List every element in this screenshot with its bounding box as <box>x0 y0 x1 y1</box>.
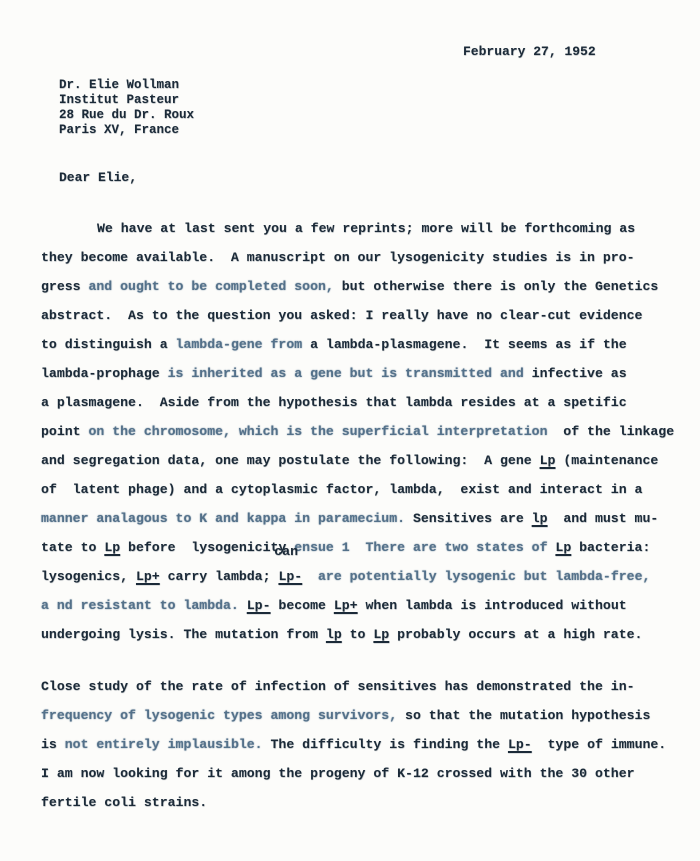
text-segment: not entirely implausible. <box>65 737 263 752</box>
text-segment: abstract. As to the question you asked: … <box>41 308 642 323</box>
text-segment: so that the mutation hypothesis <box>397 708 650 723</box>
letter-date: February 27, 1952 <box>463 44 596 59</box>
text-segment: but otherwise there is only the Genetics <box>334 279 658 294</box>
underlined-term: Lp- <box>508 737 532 752</box>
text-segment: type of immune. <box>532 737 667 752</box>
body-line: undergoing lysis. The mutation from lp t… <box>41 620 671 649</box>
body-line: lysogenics, Lp+ carry lambda; Lp- are po… <box>41 562 671 591</box>
letter-body: We have at last sent you a few reprints;… <box>41 214 671 817</box>
recipient-city: Paris XV, France <box>59 123 194 138</box>
underlined-term: Lp+ <box>334 598 358 613</box>
text-segment: become <box>271 598 334 613</box>
text-segment: carry lambda; <box>160 569 279 584</box>
body-line: manner analagous to K and kappa in param… <box>41 504 671 533</box>
text-segment: ensue 1 There are two states of <box>294 540 555 555</box>
text-segment: and must mu- <box>548 511 659 526</box>
underlined-term: Lp <box>555 540 571 555</box>
body-line: fertile coli strains. <box>41 788 671 817</box>
text-segment: (maintenance <box>555 453 658 468</box>
recipient-street: 28 Rue du Dr. Roux <box>59 108 194 123</box>
text-segment: bacteria: <box>571 540 650 555</box>
text-segment: a nd resistant to lambda. <box>41 598 247 613</box>
body-line: I am now looking for it among the progen… <box>41 759 671 788</box>
underlined-term: Lp <box>540 453 556 468</box>
body-line: is not entirely implausible. The difficu… <box>41 730 671 759</box>
body-line: gress and ought to be completed soon, bu… <box>41 272 671 301</box>
text-segment: manner analagous to K and kappa in param… <box>41 511 405 526</box>
text-segment: lambda-gene from <box>176 337 303 352</box>
body-line: they become available. A manuscript on o… <box>41 243 671 272</box>
text-segment: a lambda-plasmagene. It seems as if the <box>302 337 626 352</box>
text-segment: We have at last sent you a few reprints;… <box>97 221 635 236</box>
text-segment: gress <box>41 279 88 294</box>
text-segment: they become available. A manuscript on o… <box>41 250 635 265</box>
text-segment: when lambda is introduced without <box>358 598 627 613</box>
text-segment: and ought to be completed soon, <box>88 279 333 294</box>
text-segment: is inherited as a gene but is transmitte… <box>168 366 524 381</box>
text-segment: probably occurs at a high rate. <box>389 627 642 642</box>
text-segment: I am now looking for it among the progen… <box>41 766 635 781</box>
recipient-institution: Institut Pasteur <box>59 93 194 108</box>
body-line: lambda-prophage is inherited as a gene b… <box>41 359 671 388</box>
text-segment: lambda-prophage <box>41 366 168 381</box>
underlined-term: Lp- <box>247 598 271 613</box>
text-segment: a plasmagene. Aside from the hypothesis … <box>41 395 627 410</box>
text-segment: Sensitives are <box>405 511 532 526</box>
body-line: to distinguish a lambda-gene from a lamb… <box>41 330 671 359</box>
text-segment: of latent phage) and a cytoplasmic facto… <box>41 482 642 497</box>
text-segment: to distinguish a <box>41 337 176 352</box>
body-line: frequency of lysogenic types among survi… <box>41 701 671 730</box>
underlined-term: Lp- <box>278 569 302 584</box>
text-segment: on the chromosome, which is the superfic… <box>88 424 547 439</box>
body-line: of latent phage) and a cytoplasmic facto… <box>41 475 671 504</box>
text-segment: The difficulty is finding the <box>263 737 508 752</box>
text-segment: point <box>41 424 88 439</box>
underlined-term: lp <box>532 511 548 526</box>
text-segment: undergoing lysis. The mutation from <box>41 627 326 642</box>
text-segment: infective as <box>524 366 627 381</box>
underlined-term: Lp+ <box>136 569 160 584</box>
text-segment: before lysogenicity <box>120 540 294 555</box>
body-line: Close study of the rate of infection of … <box>41 672 671 701</box>
recipient-address: Dr. Elie Wollman Institut Pasteur 28 Rue… <box>59 78 194 138</box>
text-segment: lysogenics, <box>41 569 136 584</box>
text-segment: of the linkage <box>547 424 674 439</box>
body-line: abstract. As to the question you asked: … <box>41 301 671 330</box>
text-segment: are potentially lysogenic but lambda-fre… <box>302 569 650 584</box>
underlined-term: Lp <box>104 540 120 555</box>
body-line: a nd resistant to lambda. Lp- become Lp+… <box>41 591 671 620</box>
text-segment: and segregation data, one may postulate … <box>41 453 540 468</box>
text-segment: is <box>41 737 65 752</box>
body-line: a plasmagene. Aside from the hypothesis … <box>41 388 671 417</box>
recipient-name: Dr. Elie Wollman <box>59 78 194 93</box>
body-line: and segregation data, one may postulate … <box>41 446 671 475</box>
body-line: tate to Lp before lysogenicity canensue … <box>41 533 671 562</box>
text-segment: fertile coli strains. <box>41 795 207 810</box>
letter-page: February 27, 1952 Dr. Elie Wollman Insti… <box>0 0 700 861</box>
body-line: point on the chromosome, which is the su… <box>41 417 671 446</box>
body-line: We have at last sent you a few reprints;… <box>41 214 671 243</box>
salutation: Dear Elie, <box>59 170 137 185</box>
underlined-term: Lp <box>373 627 389 642</box>
text-segment: tate to <box>41 540 104 555</box>
underlined-term: lp <box>326 627 342 642</box>
text-segment: Close study of the rate of infection of … <box>41 679 635 694</box>
text-segment: frequency of lysogenic types among survi… <box>41 708 397 723</box>
paragraph: We have at last sent you a few reprints;… <box>41 214 671 649</box>
text-segment: to <box>342 627 374 642</box>
paragraph: Close study of the rate of infection of … <box>41 672 671 817</box>
